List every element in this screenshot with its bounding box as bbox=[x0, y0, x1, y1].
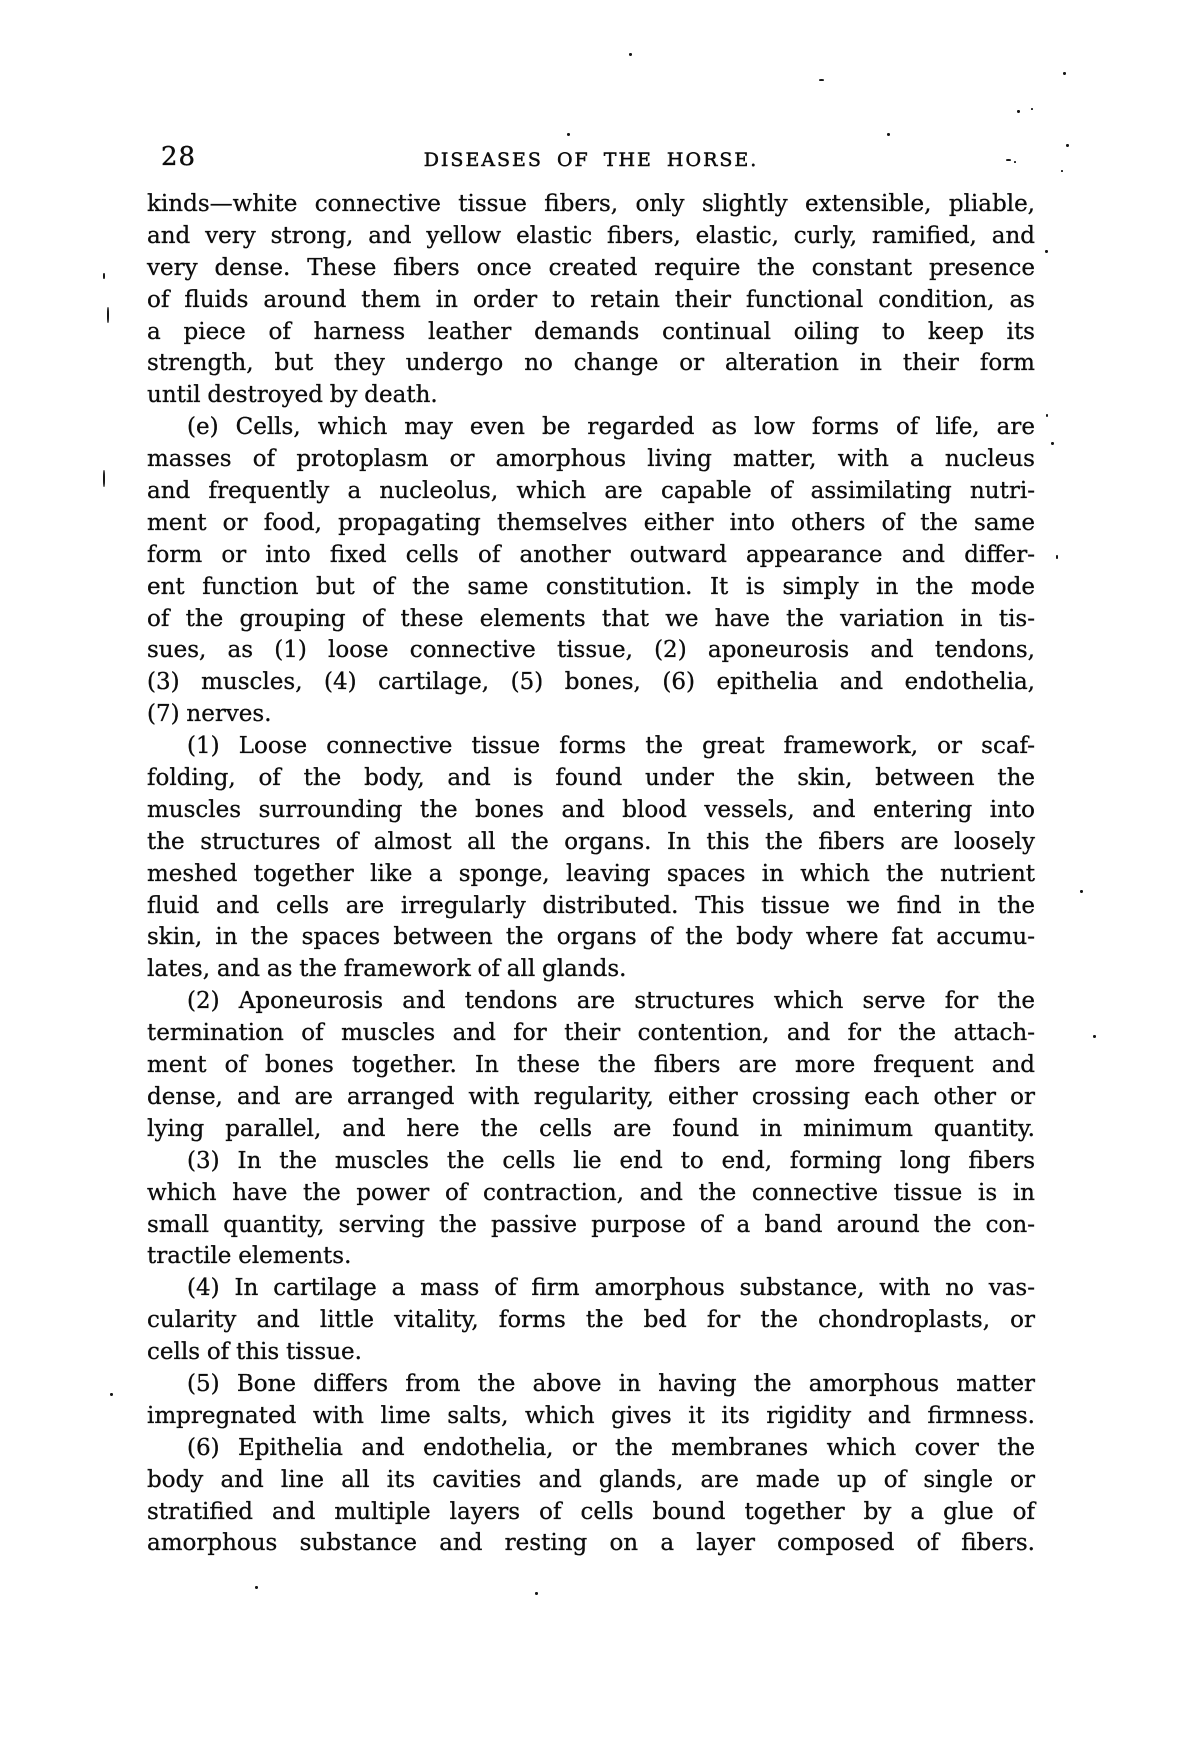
scan-speck bbox=[887, 133, 890, 136]
book-page: 28 DISEASES OF THE HORSE. kinds—white co… bbox=[0, 0, 1200, 1742]
scan-speck bbox=[1080, 890, 1083, 893]
text-line: (1) Loose connective tissue forms the gr… bbox=[147, 731, 1035, 763]
text-line: dense, and are arranged with regularity,… bbox=[147, 1082, 1035, 1114]
scan-speck bbox=[1061, 170, 1063, 172]
text-line: tractile elements. bbox=[147, 1241, 1035, 1273]
text-line: masses of protoplasm or amorphous living… bbox=[147, 444, 1035, 476]
text-line: termination of muscles and for their con… bbox=[147, 1018, 1035, 1050]
text-line: cells of this tissue. bbox=[147, 1337, 1035, 1369]
text-line: body and line all its cavities and gland… bbox=[147, 1465, 1035, 1497]
scan-speck bbox=[110, 1393, 113, 1396]
text-line: (4) In cartilage a mass of firm amorphou… bbox=[147, 1273, 1035, 1305]
text-line: cularity and little vitality, forms the … bbox=[147, 1305, 1035, 1337]
page-header: 28 DISEASES OF THE HORSE. bbox=[147, 143, 1035, 179]
body-text: kinds—white connective tissue fibers, on… bbox=[147, 189, 1035, 1560]
text-line: amorphous substance and resting on a lay… bbox=[147, 1528, 1035, 1560]
text-line: ent function but of the same constitutio… bbox=[147, 572, 1035, 604]
text-line: a piece of harness leather demands conti… bbox=[147, 317, 1035, 349]
text-line: which have the power of contraction, and… bbox=[147, 1178, 1035, 1210]
page-number: 28 bbox=[161, 143, 196, 171]
text-line: lying parallel, and here the cells are f… bbox=[147, 1114, 1035, 1146]
scan-speck bbox=[1066, 144, 1069, 147]
text-line: skin, in the spaces between the organs o… bbox=[147, 922, 1035, 954]
scan-speck bbox=[107, 307, 109, 323]
text-line: (5) Bone differs from the above in havin… bbox=[147, 1369, 1035, 1401]
text-line: stratified and multiple layers of cells … bbox=[147, 1497, 1035, 1529]
scan-speck bbox=[103, 273, 105, 279]
scan-speck bbox=[1017, 110, 1020, 113]
text-line: fluid and cells are irregularly distribu… bbox=[147, 891, 1035, 923]
running-title: DISEASES OF THE HORSE. bbox=[147, 143, 1035, 171]
scan-speck bbox=[819, 79, 824, 81]
text-line: sues, as (1) loose connective tissue, (2… bbox=[147, 635, 1035, 667]
scan-speck bbox=[1031, 108, 1033, 110]
scan-speck bbox=[1045, 250, 1048, 253]
scan-speck bbox=[103, 470, 105, 487]
scan-speck bbox=[1051, 442, 1054, 445]
scan-speck bbox=[629, 53, 632, 56]
text-line: (6) Epithelia and endothelia, or the mem… bbox=[147, 1433, 1035, 1465]
scan-speck bbox=[255, 1586, 258, 1589]
text-line: kinds—white connective tissue fibers, on… bbox=[147, 189, 1035, 221]
text-line: (3) muscles, (4) cartilage, (5) bones, (… bbox=[147, 667, 1035, 699]
text-line: very dense. These fibers once created re… bbox=[147, 253, 1035, 285]
text-line: until destroyed by death. bbox=[147, 380, 1035, 412]
scan-speck bbox=[535, 1592, 538, 1595]
text-line: small quantity, serving the passive purp… bbox=[147, 1210, 1035, 1242]
text-line: the structures of almost all the organs.… bbox=[147, 827, 1035, 859]
text-line: (3) In the muscles the cells lie end to … bbox=[147, 1146, 1035, 1178]
text-line: (e) Cells, which may even be regarded as… bbox=[147, 412, 1035, 444]
scan-speck bbox=[1063, 72, 1066, 75]
text-line: and very strong, and yellow elastic fibe… bbox=[147, 221, 1035, 253]
text-line: muscles surrounding the bones and blood … bbox=[147, 795, 1035, 827]
text-line: of the grouping of these elements that w… bbox=[147, 604, 1035, 636]
scan-speck bbox=[1046, 414, 1048, 417]
text-line: folding, of the body, and is found under… bbox=[147, 763, 1035, 795]
text-line: and frequently a nucleolus, which are ca… bbox=[147, 476, 1035, 508]
text-line: ment of bones together. In these the fib… bbox=[147, 1050, 1035, 1082]
text-line: ment or food, propagating themselves eit… bbox=[147, 508, 1035, 540]
scan-speck bbox=[1093, 1035, 1096, 1038]
text-line: lates, and as the framework of all gland… bbox=[147, 954, 1035, 986]
scan-speck bbox=[567, 133, 570, 136]
text-line: strength, but they undergo no change or … bbox=[147, 348, 1035, 380]
text-line: impregnated with lime salts, which gives… bbox=[147, 1401, 1035, 1433]
scan-speck bbox=[1056, 555, 1058, 559]
text-line: (7) nerves. bbox=[147, 699, 1035, 731]
text-line: (2) Aponeurosis and tendons are structur… bbox=[147, 986, 1035, 1018]
text-line: meshed together like a sponge, leaving s… bbox=[147, 859, 1035, 891]
text-line: of fluids around them in order to retain… bbox=[147, 285, 1035, 317]
text-line: form or into fixed cells of another outw… bbox=[147, 540, 1035, 572]
